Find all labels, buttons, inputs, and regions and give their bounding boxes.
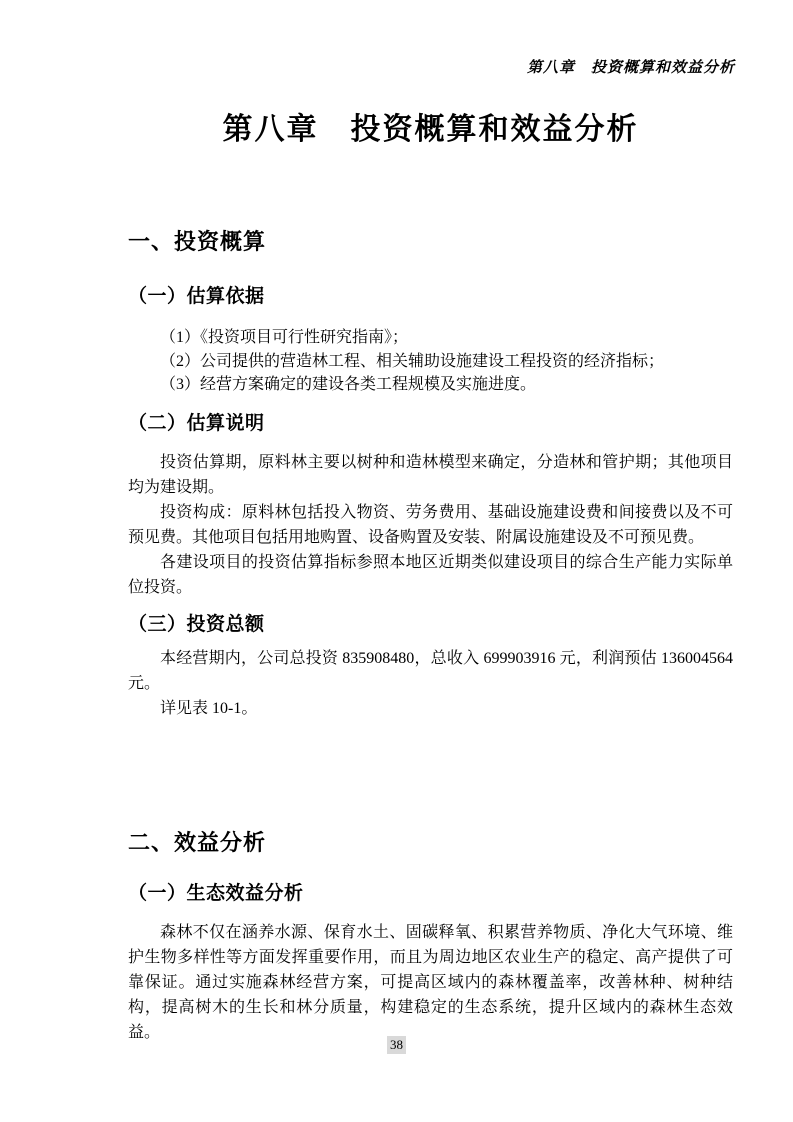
estimate-basis-list: （1）《投资项目可行性研究指南》； （2）公司提供的营造林工程、相关辅助设施建设… — [128, 326, 733, 397]
ecological-benefit-paragraphs: 森林不仅在涵养水源、保育水土、固碳释氧、积累营养物质、净化大气环境、维护生物多样… — [128, 920, 733, 1045]
paragraph: 投资估算期，原料林主要以树种和造林模型来确定，分造林和管护期；其他项目均为建设期… — [128, 450, 733, 500]
chapter-title: 第八章 投资概算和效益分析 — [128, 106, 733, 154]
estimate-notes-paragraphs: 投资估算期，原料林主要以树种和造林模型来确定，分造林和管护期；其他项目均为建设期… — [128, 450, 733, 600]
total-investment-paragraphs: 本经营期内，公司总投资 835908480，总收入 699903916 元，利润… — [128, 646, 733, 721]
paragraph: 详见表 10-1。 — [128, 696, 733, 721]
document-content: 第八章 投资概算和效益分析 一、投资概算 （一）估算依据 （1）《投资项目可行性… — [128, 0, 733, 1045]
document-page: 第八章 投资概算和效益分析 第八章 投资概算和效益分析 一、投资概算 （一）估算… — [0, 0, 793, 1122]
subsection-heading-estimate-basis: （一）估算依据 — [128, 284, 733, 310]
list-item: （3）经营方案确定的建设各类工程规模及实施进度。 — [128, 373, 733, 397]
section-heading-benefit-analysis: 二、效益分析 — [128, 829, 733, 857]
page-footer: 38 — [0, 1036, 793, 1054]
section-heading-investment-estimate: 一、投资概算 — [128, 228, 733, 256]
subsection-heading-estimate-notes: （二）估算说明 — [128, 411, 733, 437]
paragraph: 各建设项目的投资估算指标参照本地区近期类似建设项目的综合生产能力实际单位投资。 — [128, 550, 733, 600]
subsection-heading-ecological-benefit: （一）生态效益分析 — [128, 881, 733, 907]
list-item: （2）公司提供的营造林工程、相关辅助设施建设工程投资的经济指标； — [128, 350, 733, 374]
paragraph: 森林不仅在涵养水源、保育水土、固碳释氧、积累营养物质、净化大气环境、维护生物多样… — [128, 920, 733, 1045]
paragraph: 投资构成：原料林包括投入物资、劳务费用、基础设施建设费和间接费以及不可预见费。其… — [128, 500, 733, 550]
subsection-heading-total-investment: （三）投资总额 — [128, 612, 733, 638]
paragraph: 本经营期内，公司总投资 835908480，总收入 699903916 元，利润… — [128, 646, 733, 696]
page-number: 38 — [387, 1036, 406, 1054]
list-item: （1）《投资项目可行性研究指南》； — [128, 326, 733, 350]
